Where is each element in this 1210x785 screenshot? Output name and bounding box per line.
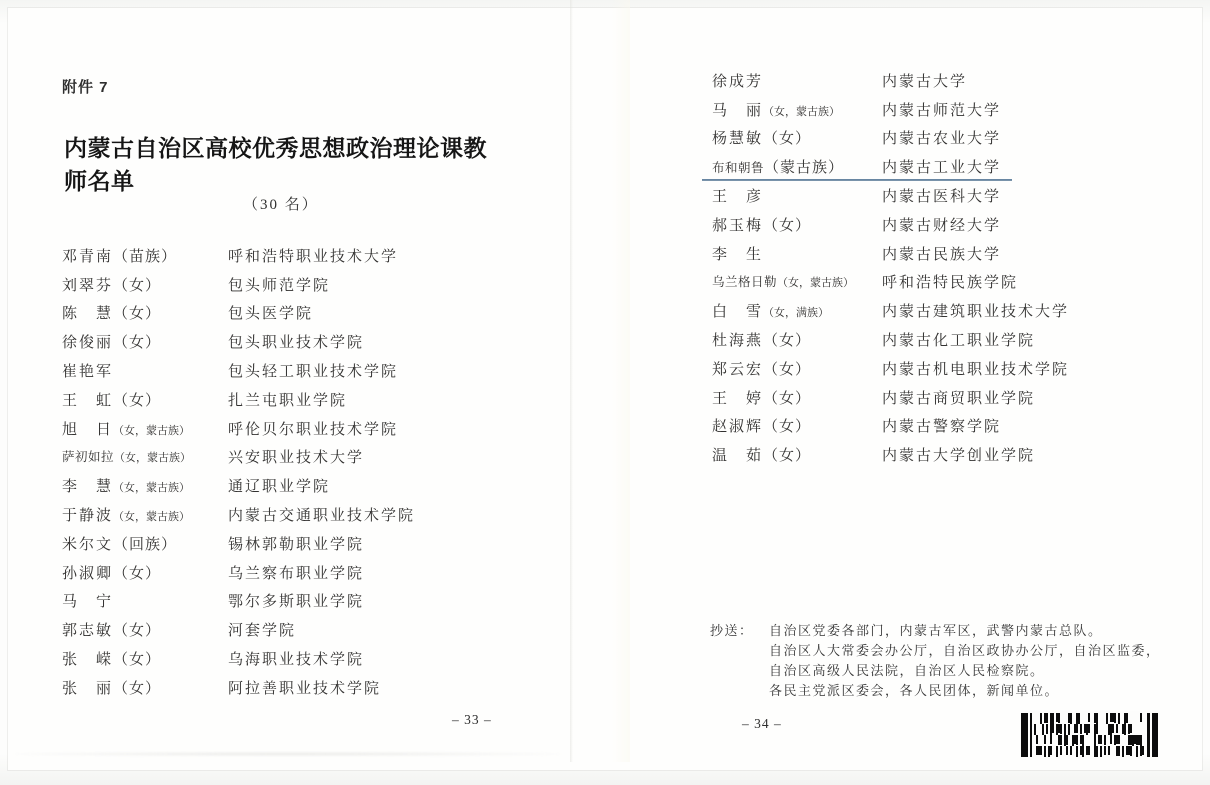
institution-name: 内蒙古工业大学: [882, 156, 1001, 177]
cc-line: 自治区人大常委会办公厅，自治区政协办公厅，自治区监委，: [769, 641, 1180, 661]
name-cell: 赵淑辉（女）: [712, 415, 882, 436]
ethnic-gender-annotation: （女，蒙古族）: [113, 425, 190, 437]
name-cell: 马 丽（女，蒙古族）: [712, 99, 882, 120]
ethnic-gender-annotation: （女，蒙古族）: [114, 452, 191, 464]
institution-name: 内蒙古医科大学: [882, 185, 1001, 206]
name-cell: 布和朝鲁（蒙古族）: [712, 156, 882, 177]
teacher-row: 郝玉梅（女）内蒙古财经大学: [712, 210, 1182, 239]
teacher-list-left-page: 邓青南（苗族）呼和浩特职业技术大学刘翠芬（女）包头师范学院陈 慧（女）包头医学院…: [62, 241, 532, 702]
count-label: （30 名）: [243, 193, 319, 214]
name-cell: 徐俊丽（女）: [62, 331, 228, 352]
institution-name: 包头轻工职业技术学院: [228, 360, 398, 381]
person-name: 王 虹: [62, 393, 113, 409]
scanned-document: 附件 7 内蒙古自治区高校优秀思想政治理论课教师名单 （30 名） 邓青南（苗族…: [0, 0, 1210, 785]
person-name: 张 丽: [62, 681, 113, 697]
name-cell: 郭志敏（女）: [62, 619, 228, 640]
institution-name: 内蒙古农业大学: [882, 127, 1001, 148]
person-name: 布和朝鲁: [712, 161, 764, 175]
teacher-row: 陈 慧（女）包头医学院: [62, 299, 532, 328]
institution-name: 内蒙古民族大学: [882, 243, 1001, 264]
name-cell: 李 慧（女，蒙古族）: [62, 475, 228, 496]
teacher-row: 郭志敏（女）河套学院: [62, 615, 532, 644]
person-name: 郑云宏: [712, 362, 763, 378]
institution-name: 包头医学院: [228, 302, 313, 323]
teacher-row: 温 茹（女）内蒙古大学创业学院: [712, 440, 1182, 469]
name-cell: 崔艳军: [62, 360, 228, 381]
ethnic-gender-annotation: （女）: [763, 333, 811, 349]
ethnic-gender-annotation: （女）: [763, 218, 811, 234]
teacher-row: 徐成芳内蒙古大学: [712, 66, 1182, 95]
page-bottom-shadow: [15, 752, 560, 756]
institution-name: 扎兰屯职业学院: [228, 389, 347, 410]
teacher-row: 马 宁鄂尔多斯职业学院: [62, 587, 532, 616]
name-cell: 张 嵘（女）: [62, 648, 228, 669]
institution-name: 兴安职业技术大学: [228, 446, 364, 467]
institution-name: 内蒙古建筑职业技术大学: [882, 300, 1069, 321]
name-cell: 杜海燕（女）: [712, 329, 882, 350]
cc-label: 抄送：: [710, 621, 769, 701]
page-number-33: – 33 –: [452, 712, 492, 728]
cc-line: 自治区高级人民法院，自治区人民检察院。: [769, 661, 1180, 681]
person-name: 旭 日: [62, 422, 113, 438]
institution-name: 呼伦贝尔职业技术学院: [228, 418, 398, 439]
institution-name: 锡林郭勒职业学院: [228, 533, 364, 554]
institution-name: 呼和浩特民族学院: [882, 271, 1018, 292]
person-name: 杜海燕: [712, 333, 763, 349]
teacher-row: 赵淑辉（女）内蒙古警察学院: [712, 412, 1182, 441]
institution-name: 内蒙古大学: [882, 70, 967, 91]
name-cell: 杨慧敏（女）: [712, 127, 882, 148]
name-cell: 郑云宏（女）: [712, 358, 882, 379]
name-cell: 刘翠芬（女）: [62, 274, 228, 295]
teacher-row: 张 丽（女）阿拉善职业技术学院: [62, 673, 532, 702]
person-name: 杨慧敏: [712, 131, 763, 147]
institution-name: 内蒙古机电职业技术学院: [882, 358, 1069, 379]
cc-lines: 自治区党委各部门，内蒙古军区，武警内蒙古总队。自治区人大常委会办公厅，自治区政协…: [769, 621, 1180, 701]
name-cell: 白 雪（女，满族）: [712, 300, 882, 321]
ethnic-gender-annotation: （回族）: [113, 537, 177, 553]
teacher-row: 萨初如拉（女，蒙古族）兴安职业技术大学: [62, 443, 532, 472]
ethnic-gender-annotation: （女，蒙古族）: [763, 106, 840, 118]
page-seam: [570, 0, 630, 762]
person-name: 李 生: [712, 247, 763, 263]
teacher-row: 徐俊丽（女）包头职业技术学院: [62, 327, 532, 356]
attachment-label: 附件 7: [62, 76, 109, 97]
name-cell: 李 生: [712, 243, 882, 264]
teacher-row: 李 生内蒙古民族大学: [712, 239, 1182, 268]
person-name: 陈 慧: [62, 306, 113, 322]
teacher-row: 王 彦内蒙古医科大学: [712, 181, 1182, 210]
ethnic-gender-annotation: （女）: [763, 419, 811, 435]
name-cell: 张 丽（女）: [62, 677, 228, 698]
institution-name: 通辽职业学院: [228, 475, 330, 496]
institution-name: 鄂尔多斯职业学院: [228, 590, 364, 611]
ethnic-gender-annotation: （女，满族）: [763, 307, 829, 319]
ethnic-gender-annotation: （女）: [113, 566, 161, 582]
teacher-row: 杜海燕（女）内蒙古化工职业学院: [712, 325, 1182, 354]
ethnic-gender-annotation: （女）: [763, 448, 811, 464]
teacher-row: 马 丽（女，蒙古族）内蒙古师范大学: [712, 95, 1182, 124]
name-cell: 乌兰格日勒（女，蒙古族）: [712, 272, 882, 291]
name-cell: 旭 日（女，蒙古族）: [62, 418, 228, 439]
barcode: [1021, 711, 1159, 760]
institution-name: 乌兰察布职业学院: [228, 562, 364, 583]
person-name: 乌兰格日勒: [712, 275, 777, 289]
institution-name: 包头职业技术学院: [228, 331, 364, 352]
person-name: 马 宁: [62, 594, 113, 610]
name-cell: 陈 慧（女）: [62, 302, 228, 323]
name-cell: 王 彦: [712, 185, 882, 206]
teacher-row: 李 慧（女，蒙古族）通辽职业学院: [62, 471, 532, 500]
teacher-row: 布和朝鲁（蒙古族）内蒙古工业大学: [712, 152, 1182, 181]
name-cell: 萨初如拉（女，蒙古族）: [62, 447, 228, 466]
name-cell: 马 宁: [62, 590, 228, 611]
institution-name: 阿拉善职业技术学院: [228, 677, 381, 698]
institution-name: 呼和浩特职业技术大学: [228, 245, 398, 266]
person-name: 邓青南: [62, 249, 113, 265]
name-cell: 温 茹（女）: [712, 444, 882, 465]
teacher-row: 王 婷（女）内蒙古商贸职业学院: [712, 383, 1182, 412]
institution-name: 内蒙古商贸职业学院: [882, 387, 1035, 408]
institution-name: 河套学院: [228, 619, 296, 640]
institution-name: 内蒙古化工职业学院: [882, 329, 1035, 350]
teacher-row: 乌兰格日勒（女，蒙古族）呼和浩特民族学院: [712, 268, 1182, 297]
person-name: 温 茹: [712, 448, 763, 464]
person-name: 郝玉梅: [712, 218, 763, 234]
teacher-row: 孙淑卿（女）乌兰察布职业学院: [62, 558, 532, 587]
ethnic-gender-annotation: （女）: [113, 278, 161, 294]
ethnic-gender-annotation: （女，蒙古族）: [113, 511, 190, 523]
person-name: 孙淑卿: [62, 566, 113, 582]
teacher-list-right-page: 徐成芳内蒙古大学马 丽（女，蒙古族）内蒙古师范大学杨慧敏（女）内蒙古农业大学布和…: [712, 66, 1182, 469]
person-name: 萨初如拉: [62, 450, 114, 464]
name-cell: 于静波（女，蒙古族）: [62, 504, 228, 525]
ethnic-gender-annotation: （苗族）: [113, 249, 177, 265]
person-name: 米尔文: [62, 537, 113, 553]
institution-name: 内蒙古大学创业学院: [882, 444, 1035, 465]
ethnic-gender-annotation: （女）: [113, 393, 161, 409]
teacher-row: 白 雪（女，满族）内蒙古建筑职业技术大学: [712, 296, 1182, 325]
ethnic-gender-annotation: （女）: [763, 391, 811, 407]
ethnic-gender-annotation: （女，蒙古族）: [777, 277, 854, 289]
person-name: 马 丽: [712, 103, 763, 119]
ethnic-gender-annotation: （女）: [763, 362, 811, 378]
teacher-row: 邓青南（苗族）呼和浩特职业技术大学: [62, 241, 532, 270]
name-cell: 米尔文（回族）: [62, 533, 228, 554]
name-cell: 邓青南（苗族）: [62, 245, 228, 266]
person-name: 崔艳军: [62, 364, 113, 380]
ethnic-gender-annotation: （女）: [113, 681, 161, 697]
person-name: 郭志敏: [62, 623, 113, 639]
person-name: 刘翠芬: [62, 278, 113, 294]
cc-block: 抄送： 自治区党委各部门，内蒙古军区，武警内蒙古总队。自治区人大常委会办公厅，自…: [710, 621, 1180, 701]
page-number-34: – 34 –: [742, 716, 782, 732]
person-name: 徐俊丽: [62, 335, 113, 351]
teacher-row: 米尔文（回族）锡林郭勒职业学院: [62, 529, 532, 558]
person-name: 于静波: [62, 508, 113, 524]
person-name: 白 雪: [712, 304, 763, 320]
ethnic-gender-annotation: （女）: [113, 335, 161, 351]
institution-name: 乌海职业技术学院: [228, 648, 364, 669]
teacher-row: 崔艳军包头轻工职业技术学院: [62, 356, 532, 385]
person-name: 张 嵘: [62, 652, 113, 668]
cc-line: 自治区党委各部门，内蒙古军区，武警内蒙古总队。: [769, 621, 1180, 641]
person-name: 王 婷: [712, 391, 763, 407]
teacher-row: 张 嵘（女）乌海职业技术学院: [62, 644, 532, 673]
person-name: 李 慧: [62, 479, 113, 495]
ethnic-gender-annotation: （女）: [113, 652, 161, 668]
ethnic-gender-annotation: （女）: [763, 131, 811, 147]
cc-line: 各民主党派区委会，各人民团体，新闻单位。: [769, 681, 1180, 701]
ethnic-gender-annotation: （蒙古族）: [764, 160, 844, 176]
institution-name: 内蒙古警察学院: [882, 415, 1001, 436]
teacher-row: 王 虹（女）扎兰屯职业学院: [62, 385, 532, 414]
teacher-row: 于静波（女，蒙古族）内蒙古交通职业技术学院: [62, 500, 532, 529]
name-cell: 郝玉梅（女）: [712, 214, 882, 235]
teacher-row: 旭 日（女，蒙古族）呼伦贝尔职业技术学院: [62, 414, 532, 443]
ethnic-gender-annotation: （女）: [113, 306, 161, 322]
teacher-row: 郑云宏（女）内蒙古机电职业技术学院: [712, 354, 1182, 383]
teacher-row: 杨慧敏（女）内蒙古农业大学: [712, 124, 1182, 153]
document-title: 内蒙古自治区高校优秀思想政治理论课教师名单: [64, 130, 504, 196]
person-name: 王 彦: [712, 189, 763, 205]
ethnic-gender-annotation: （女，蒙古族）: [113, 482, 190, 494]
name-cell: 王 虹（女）: [62, 389, 228, 410]
person-name: 徐成芳: [712, 74, 763, 90]
institution-name: 内蒙古师范大学: [882, 99, 1001, 120]
name-cell: 孙淑卿（女）: [62, 562, 228, 583]
name-cell: 王 婷（女）: [712, 387, 882, 408]
name-cell: 徐成芳: [712, 70, 882, 91]
institution-name: 包头师范学院: [228, 274, 330, 295]
person-name: 赵淑辉: [712, 419, 763, 435]
institution-name: 内蒙古交通职业技术学院: [228, 504, 415, 525]
ethnic-gender-annotation: （女）: [113, 623, 161, 639]
institution-name: 内蒙古财经大学: [882, 214, 1001, 235]
teacher-row: 刘翠芬（女）包头师范学院: [62, 270, 532, 299]
